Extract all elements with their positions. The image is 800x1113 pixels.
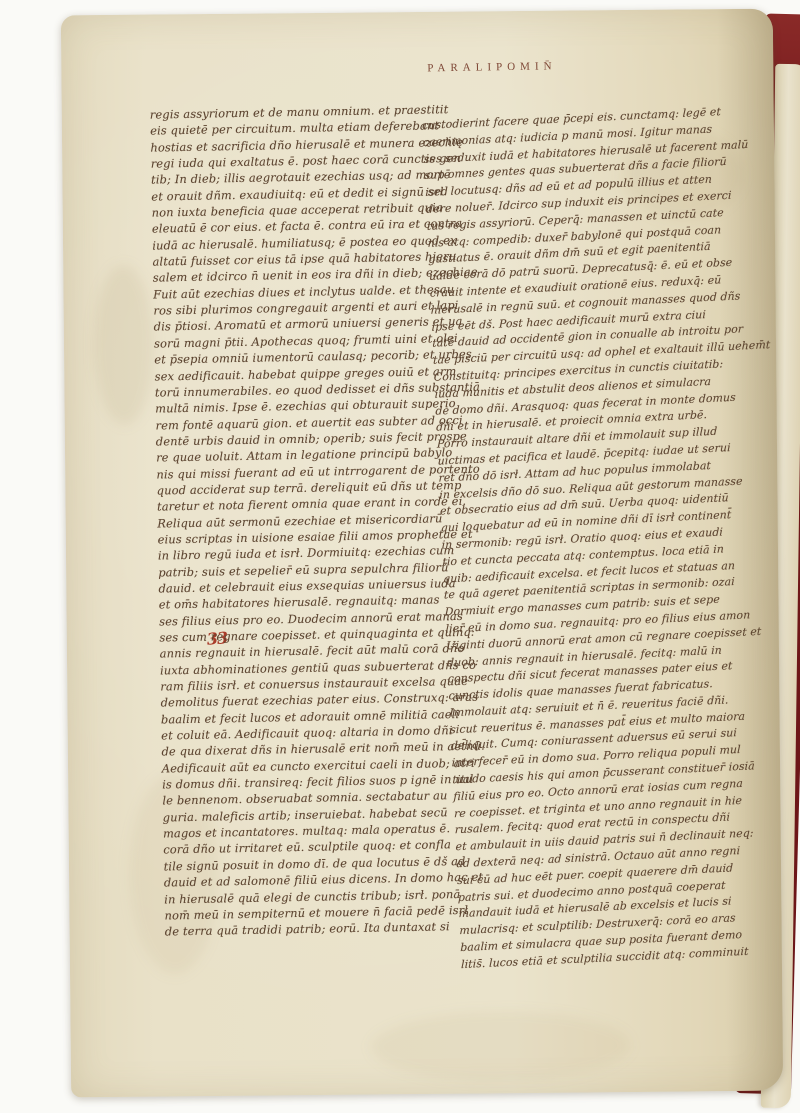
photo-background: PARALIPOMIN̄ 33 34 regis assyriorum et d… bbox=[0, 0, 800, 1113]
manuscript-page: PARALIPOMIN̄ 33 34 regis assyriorum et d… bbox=[61, 9, 783, 1098]
running-title: PARALIPOMIN̄ bbox=[427, 60, 556, 74]
text-column-right: custodierint facere quae p̄cepi eis. cun… bbox=[422, 102, 800, 974]
parchment-stain bbox=[370, 1010, 631, 1082]
parchment-stain bbox=[93, 265, 155, 426]
